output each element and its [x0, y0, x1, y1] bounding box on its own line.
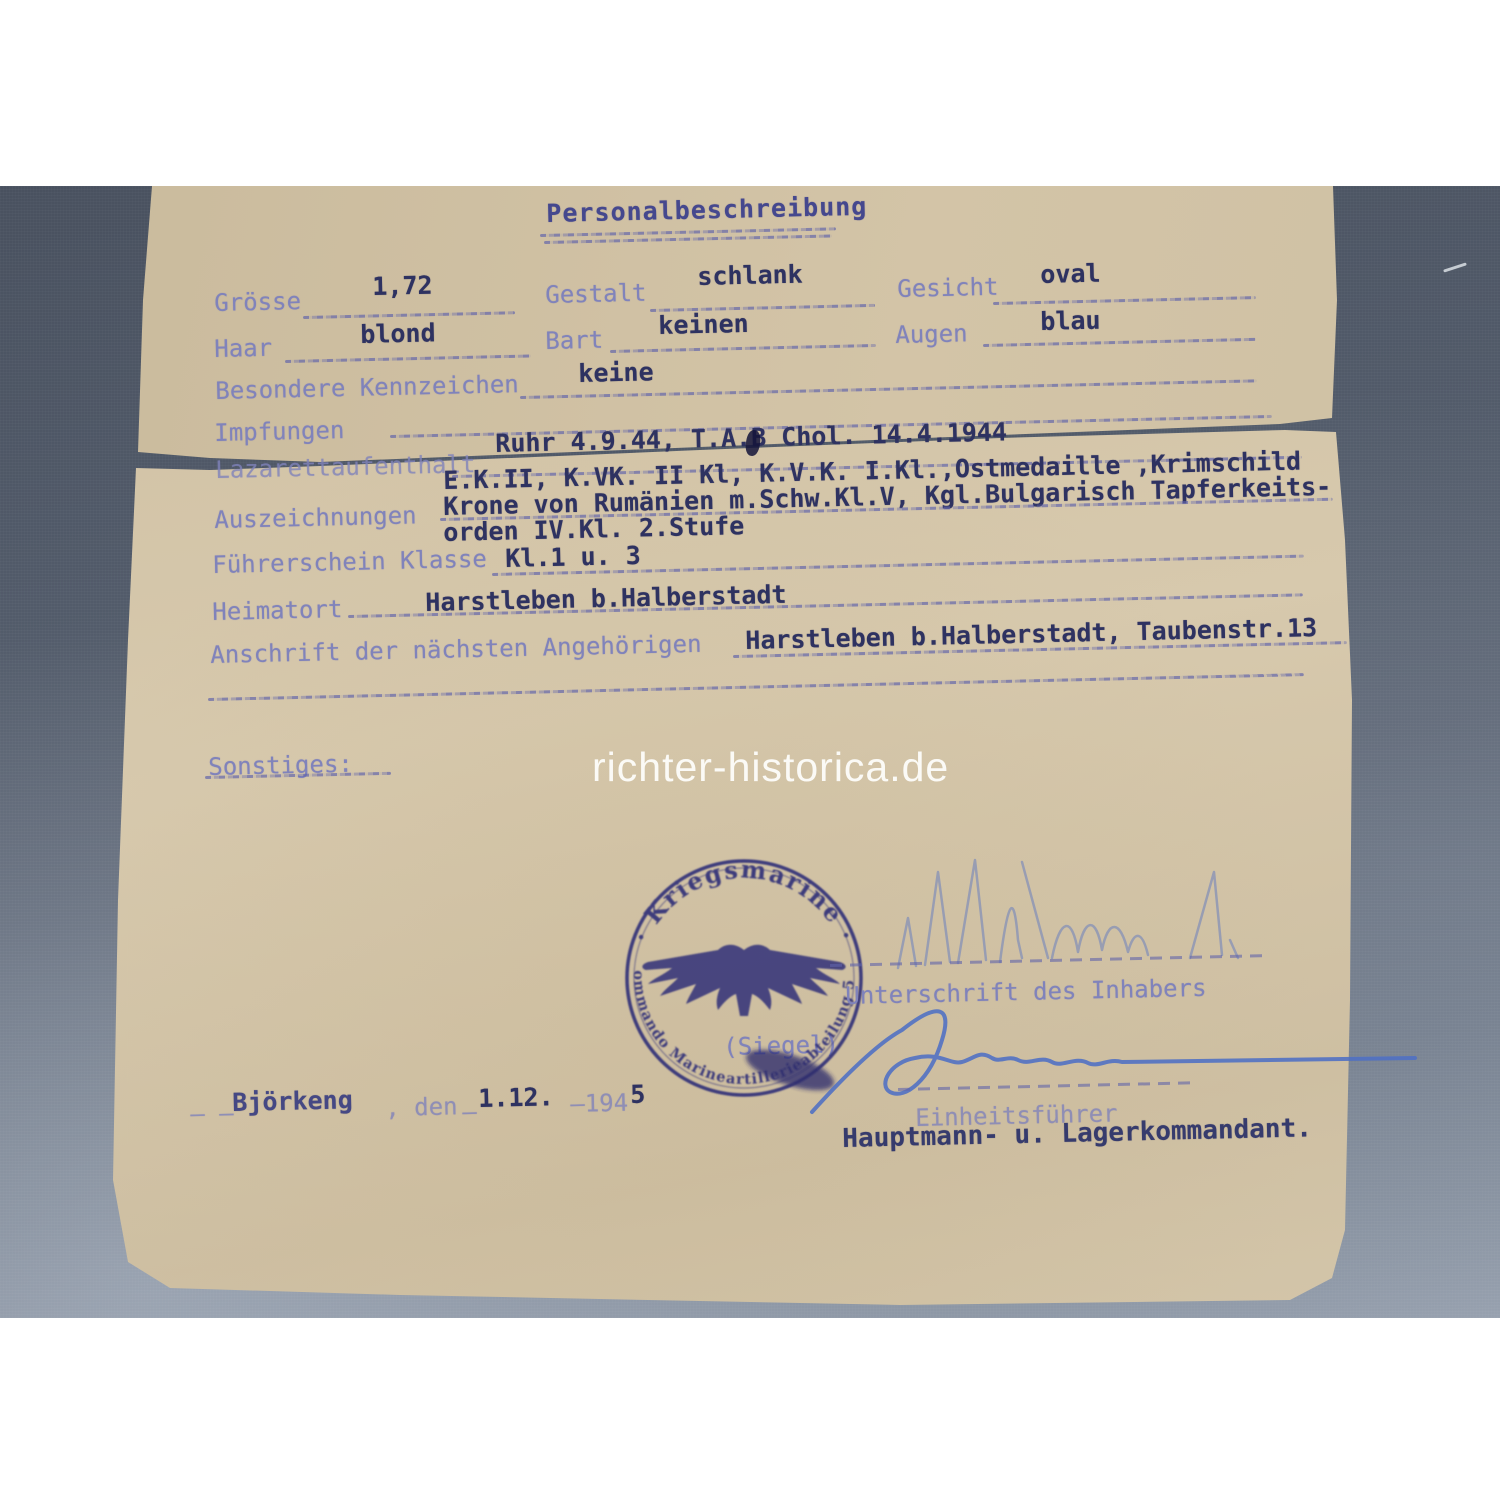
- field-label-heimatort: Heimatort: [212, 595, 343, 626]
- field-value-gestalt: schlank: [697, 260, 803, 291]
- stamp-text-top: · Kriegsmarine ·: [626, 854, 862, 946]
- field-label-haar: Haar: [214, 334, 272, 363]
- field-value-fuehrerschein: Kl.1 u. 3: [505, 541, 641, 573]
- svg-text:· Kriegsmarine ·: · Kriegsmarine ·: [626, 854, 862, 946]
- date-leading-dashes: – –: [190, 1099, 234, 1128]
- field-value-kennzeichen: keine: [578, 357, 654, 388]
- field-value-gesicht: oval: [1040, 259, 1101, 289]
- field-label-augen: Augen: [895, 319, 968, 349]
- date-year-typed: 5: [630, 1080, 646, 1109]
- field-label-impfungen: Impfungen: [214, 416, 345, 447]
- field-value-groesse: 1,72: [372, 271, 433, 301]
- date-day: 1.12.: [478, 1082, 554, 1113]
- date-dash: –: [462, 1098, 477, 1126]
- field-label-gesicht: Gesicht: [897, 273, 999, 303]
- date-place: Björkeng: [232, 1085, 353, 1117]
- watermark: richter-historica.de: [592, 744, 949, 791]
- field-value-haar: blond: [360, 318, 436, 349]
- field-value-bart: keinen: [658, 309, 749, 340]
- field-value-augen: blau: [1040, 306, 1101, 336]
- date-year-printed: –194: [570, 1089, 628, 1118]
- field-label-lazarett: Lazarettaufenthalt: [215, 450, 476, 484]
- field-label-groesse: Grösse: [214, 287, 301, 317]
- product-photo-canvas: Personalbeschreibung Grösse 1,72 Gestalt…: [0, 0, 1500, 1500]
- field-label-gestalt: Gestalt: [545, 279, 647, 309]
- date-den-label: , den: [385, 1092, 458, 1122]
- field-label-bart: Bart: [545, 326, 603, 355]
- field-label-awards: Auszeichnungen: [214, 501, 417, 534]
